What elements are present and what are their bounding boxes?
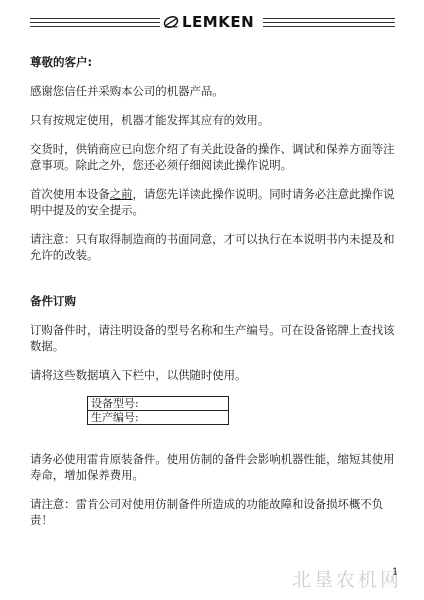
paragraph-delivery: 交货时，供销商应已向您介绍了有关此设备的操作、调试和保养方面等注意事项。除此之外… <box>30 141 400 173</box>
page-number: 1 <box>392 567 398 578</box>
paragraph-first-use: 首次使用本设备之前，请您先详读此操作说明。同时请务必注意此操作说明中提及的安全提… <box>30 186 400 218</box>
watermark: 北垦农机网 <box>292 565 402 592</box>
paragraph-modification-note: 请注意：只有取得制造商的书面同意，才可以执行在本说明书内未提及和允许的改装。 <box>30 231 400 263</box>
machine-type-field: 设备型号: <box>88 397 229 411</box>
document-body: 尊敬的客户: 感谢您信任并采购本公司的机器产品。 只有按规定使用，机器才能发挥其… <box>30 50 400 528</box>
table-row: 设备型号: <box>88 397 229 411</box>
first-use-underlined: 之前 <box>110 187 133 201</box>
paragraph-original-parts: 请务必使用雷肯原装备件。使用仿制的备件会影响机器性能，缩短其使用寿命，增加保养费… <box>30 451 400 483</box>
paragraph-order-info: 订购备件时，请注明设备的型号名称和生产编号。可在设备铭牌上查找该数据。 <box>30 322 400 354</box>
brand-name: LEMKEN <box>182 13 254 31</box>
spare-parts-heading: 备件订购 <box>30 293 400 309</box>
table-row: 生产编号: <box>88 411 229 425</box>
greeting-heading: 尊敬的客户: <box>30 54 400 70</box>
header-rule-left <box>30 18 160 27</box>
machine-info-table: 设备型号: 生产编号: <box>87 396 229 425</box>
serial-number-field: 生产编号: <box>88 411 229 425</box>
paragraph-fill-in: 请将这些数据填入下栏中，以供随时使用。 <box>30 367 400 383</box>
lemken-logo: LEMKEN <box>163 12 261 32</box>
paragraph-thanks: 感谢您信任并采购本公司的机器产品。 <box>30 83 400 99</box>
paragraph-liability-note: 请注意：雷肯公司对使用仿制备件所造成的功能故障和设备损坏概不负责！ <box>30 496 400 528</box>
first-use-text-before: 首次使用本设备 <box>30 187 110 201</box>
page-header: LEMKEN <box>30 12 395 32</box>
lemken-leaf-logo-icon <box>163 15 179 29</box>
header-rule-right <box>263 18 395 27</box>
paragraph-proper-use: 只有按规定使用，机器才能发挥其应有的效用。 <box>30 112 400 128</box>
